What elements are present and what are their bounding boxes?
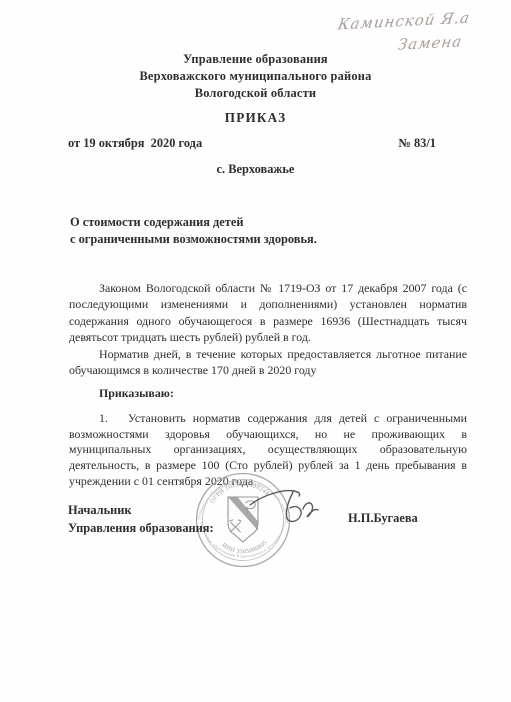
handwritten-annotation-line1: Каминской Я.а: [337, 8, 472, 33]
document-number: № 83/1: [398, 136, 436, 151]
body-paragraph-1: Законом Вологодской области № 1719-ОЗ от…: [69, 280, 467, 346]
body-paragraph-2: Норматив дней, в течение которых предост…: [69, 346, 467, 379]
order-lead: Приказываю:: [69, 385, 467, 401]
org-name-line1: Управление образования: [0, 51, 511, 68]
signatory-position-line1: Начальник: [68, 502, 214, 520]
signatory-position-line2: Управления образования:: [68, 520, 214, 538]
date-number-row: от 19 октября 2020 года № 83/1: [68, 136, 436, 151]
director-signature: [249, 483, 321, 531]
signatory-name: Н.П.Бугаева: [348, 511, 418, 526]
org-name-line3: Вологодской области: [0, 85, 511, 102]
org-header: Управление образования Верховажского мун…: [0, 51, 511, 101]
order-item-1-number: 1.: [99, 411, 128, 425]
scanned-order-document: Каминской Я.а Замена Управление образова…: [0, 0, 511, 702]
document-place: с. Верховажье: [0, 162, 511, 177]
signatory-position: Начальник Управления образования:: [68, 502, 214, 537]
org-name-line2: Верховажского муниципального района: [0, 68, 511, 85]
subject-line2: с ограниченными возможностями здоровья.: [70, 231, 317, 248]
document-type-title: ПРИКАЗ: [0, 110, 511, 126]
document-date: от 19 октября 2020 года: [68, 136, 202, 151]
document-subject: О стоимости содержания детей с ограничен…: [70, 214, 317, 248]
document-body: Законом Вологодской области № 1719-ОЗ от…: [69, 280, 467, 490]
subject-line1: О стоимости содержания детей: [70, 214, 317, 231]
